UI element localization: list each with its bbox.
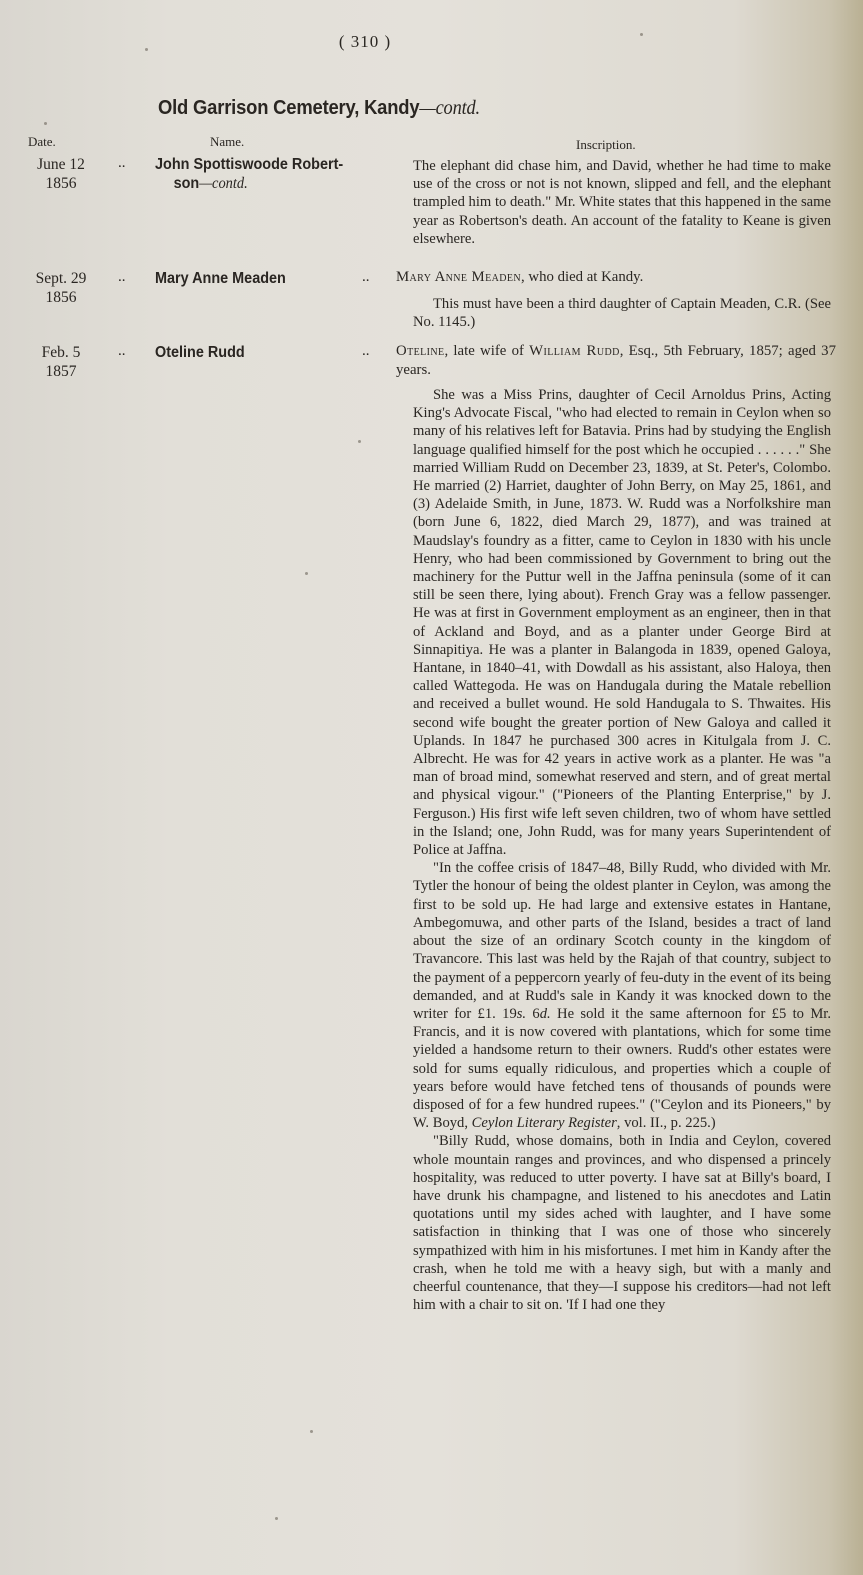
inscription-text: The elephant did chase him, and David, w… [413, 157, 831, 248]
pence-abbrev: d. [540, 1006, 551, 1022]
deceased-name-smallcaps: Mary Anne Meaden [396, 269, 521, 285]
citation-title: Ceylon Literary Register [472, 1115, 617, 1131]
inscription-lead: Mary Anne Meaden, who died at Kandy. [396, 268, 836, 287]
date-day: June 12 [26, 155, 96, 174]
lead-text: , who died at Kandy. [521, 269, 643, 285]
paper-speck [305, 572, 308, 575]
paper-speck [310, 1430, 313, 1433]
column-header-inscription: Inscription. [576, 137, 636, 153]
entry-inscription: The elephant did chase him, and David, w… [413, 157, 831, 248]
paper-speck [145, 48, 148, 51]
para-text: He sold it the same afternoon for £5 to … [413, 1006, 831, 1131]
title-main: Old Garrison Cemetery, Kandy [158, 97, 419, 119]
entry-name: Oteline Rudd [155, 343, 245, 362]
paper-speck [44, 122, 47, 125]
leader-dots: .. [118, 343, 126, 360]
para-text: "In the coffee crisis of 1847–48, Billy … [413, 860, 831, 1022]
page-title: Old Garrison Cemetery, Kandy—contd. [158, 97, 480, 120]
entry-name: Mary Anne Meaden [155, 269, 286, 288]
date-year: 1856 [26, 288, 96, 307]
name-line1: John Spottiswoode Robert- [155, 156, 343, 173]
name-part: son [174, 175, 200, 192]
book-page: ( 310 ) Old Garrison Cemetery, Kandy—con… [0, 0, 863, 1575]
leader-dots: .. [362, 343, 370, 360]
entry-date: Sept. 29 1856 [26, 269, 96, 307]
paragraph-biography: She was a Miss Prins, daughter of Cecil … [413, 386, 831, 859]
paper-speck [275, 1517, 278, 1520]
note-text: This must have been a third daughter of … [413, 295, 831, 331]
leader-dots: .. [362, 269, 370, 286]
leader-dots: .. [118, 155, 126, 172]
entry-commentary: She was a Miss Prins, daughter of Cecil … [413, 386, 831, 1314]
entry-name: John Spottiswoode Robert- son—contd. [155, 155, 343, 193]
title-contd: —contd. [419, 97, 480, 119]
shillings-abbrev: s. [517, 1006, 526, 1022]
para-text: 6 [526, 1006, 540, 1022]
leader-dots: .. [118, 269, 126, 286]
date-day: Sept. 29 [26, 269, 96, 288]
name-contd: —contd. [199, 175, 247, 192]
date-year: 1856 [26, 174, 96, 193]
paragraph-coffee-crisis: "In the coffee crisis of 1847–48, Billy … [413, 859, 831, 1132]
paper-speck [640, 33, 643, 36]
husband-name-smallcaps: William Rudd [529, 343, 620, 359]
paragraph-recollection: "Billy Rudd, whose domains, both in Indi… [413, 1132, 831, 1314]
inscription-lead: Oteline, late wife of William Rudd, Esq.… [396, 342, 836, 380]
paper-speck [358, 440, 361, 443]
deceased-name-smallcaps: Oteline [396, 343, 444, 359]
column-header-name: Name. [210, 134, 244, 150]
entry-date: Feb. 5 1857 [26, 343, 96, 381]
citation-end: , vol. II., p. 225.) [617, 1115, 716, 1131]
entry-date: June 12 1856 [26, 155, 96, 193]
name-line2: son—contd. [155, 174, 343, 193]
date-year: 1857 [26, 362, 96, 381]
date-day: Feb. 5 [26, 343, 96, 362]
column-header-date: Date. [28, 134, 56, 150]
lead-text: , late wife of [444, 343, 529, 359]
entry-note: This must have been a third daughter of … [413, 295, 831, 331]
page-number: ( 310 ) [0, 32, 730, 52]
